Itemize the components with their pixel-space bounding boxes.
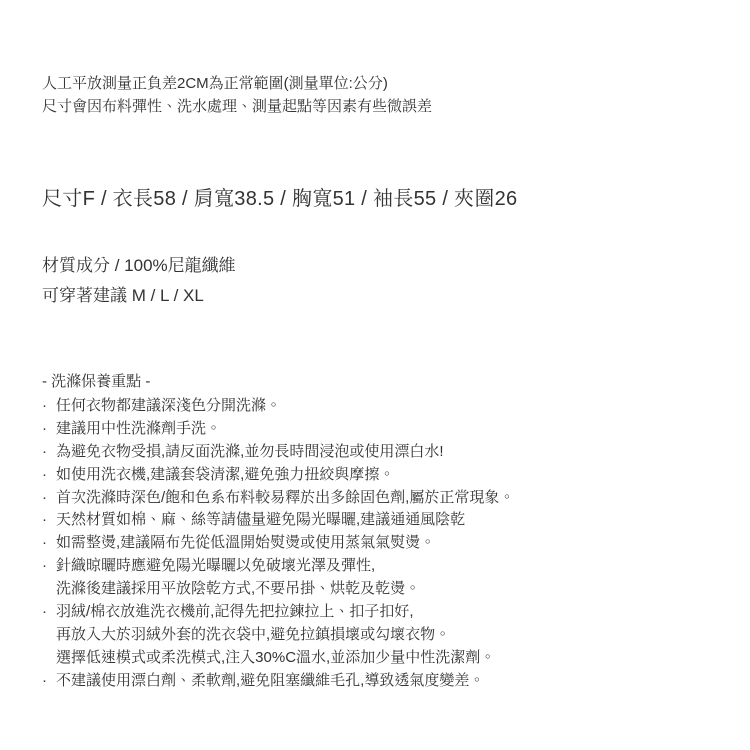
care-guide: - 洗滌保養重點 - · 任何衣物都建議深淺色分開洗滌。 · 建議用中性洗滌劑手… (42, 371, 514, 693)
care-item-line: 首次洗滌時深色/飽和色系布料較易釋於出多餘固色劑,屬於正常現象。 (56, 487, 514, 510)
material-composition: 材質成分 / 100%尼龍纖維 (42, 251, 236, 281)
measurement-note-line-2: 尺寸會因布料彈性、洗水處理、測量起點等因素有些微誤差 (42, 95, 432, 118)
bullet-dot: · (42, 509, 56, 532)
care-guide-title: - 洗滌保養重點 - (42, 371, 514, 394)
care-item: · 羽絨/棉衣放進洗衣機前,記得先把拉鍊拉上、扣子扣好, 再放入大於羽絨外套的洗… (42, 601, 514, 670)
care-item-line: 再放入大於羽絨外套的洗衣袋中,避免拉鎮損壞或勾壞衣物。 (56, 624, 495, 647)
bullet-dot: · (42, 395, 56, 418)
care-item-line: 建議用中性洗滌劑手洗。 (56, 418, 221, 441)
care-item-line: 針織晾曬時應避免陽光曝曬以免破壞光澤及彈性, (56, 555, 420, 578)
care-item-line: 不建議使用漂白劑、柔軟劑,避免阻塞纖維毛孔,導致透氣度變差。 (56, 670, 484, 693)
care-item: · 不建議使用漂白劑、柔軟劑,避免阻塞纖維毛孔,導致透氣度變差。 (42, 670, 514, 693)
bullet-dot: · (42, 418, 56, 441)
bullet-dot: · (42, 670, 56, 693)
care-item-line: 選擇低速模式或柔洗模式,注入30%C溫水,並添加少量中性洗潔劑。 (56, 647, 495, 670)
product-description-page: 人工平放測量正負差2CM為正常範圍(測量單位:公分) 尺寸會因布料彈性、洗水處理… (0, 0, 750, 750)
bullet-dot: · (42, 555, 56, 578)
care-item-line: 任何衣物都建議深淺色分開洗滌。 (56, 395, 281, 418)
bullet-dot: · (42, 601, 56, 624)
bullet-dot: · (42, 441, 56, 464)
care-item: · 如需整燙,建議隔布先從低溫開始熨燙或使用蒸氣氣熨燙。 (42, 532, 514, 555)
care-item-line: 洗滌後建議採用平放陰乾方式,不要吊掛、烘乾及乾燙。 (56, 578, 420, 601)
care-item: · 針織晾曬時應避免陽光曝曬以免破壞光澤及彈性, 洗滌後建議採用平放陰乾方式,不… (42, 555, 514, 601)
measurement-note: 人工平放測量正負差2CM為正常範圍(測量單位:公分) 尺寸會因布料彈性、洗水處理… (42, 72, 432, 118)
size-recommendation: 可穿著建議 M / L / XL (42, 281, 236, 311)
product-details: 材質成分 / 100%尼龍纖維 可穿著建議 M / L / XL (42, 251, 236, 311)
care-item-line: 為避免衣物受損,請反面洗滌,並勿長時間浸泡或使用漂白水! (56, 441, 444, 464)
bullet-dot: · (42, 532, 56, 555)
size-spec-line: 尺寸F / 衣長58 / 肩寬38.5 / 胸寬51 / 袖長55 / 夾圈26 (42, 185, 517, 213)
care-item: · 如使用洗衣機,建議套袋清潔,避免強力扭絞與摩擦。 (42, 464, 514, 487)
care-item: · 任何衣物都建議深淺色分開洗滌。 (42, 395, 514, 418)
care-item: · 天然材質如棉、麻、絲等請儘量避免陽光曝曬,建議通通風陰乾 (42, 509, 514, 532)
bullet-dot: · (42, 464, 56, 487)
bullet-dot: · (42, 487, 56, 510)
care-item-line: 天然材質如棉、麻、絲等請儘量避免陽光曝曬,建議通通風陰乾 (56, 509, 465, 532)
measurement-note-line-1: 人工平放測量正負差2CM為正常範圍(測量單位:公分) (42, 72, 432, 95)
care-item: · 首次洗滌時深色/飽和色系布料較易釋於出多餘固色劑,屬於正常現象。 (42, 487, 514, 510)
care-item-line: 如使用洗衣機,建議套袋清潔,避免強力扭絞與摩擦。 (56, 464, 394, 487)
care-item-line: 如需整燙,建議隔布先從低溫開始熨燙或使用蒸氣氣熨燙。 (56, 532, 435, 555)
care-item: · 為避免衣物受損,請反面洗滌,並勿長時間浸泡或使用漂白水! (42, 441, 514, 464)
care-item-line: 羽絨/棉衣放進洗衣機前,記得先把拉鍊拉上、扣子扣好, (56, 601, 495, 624)
care-item: · 建議用中性洗滌劑手洗。 (42, 418, 514, 441)
